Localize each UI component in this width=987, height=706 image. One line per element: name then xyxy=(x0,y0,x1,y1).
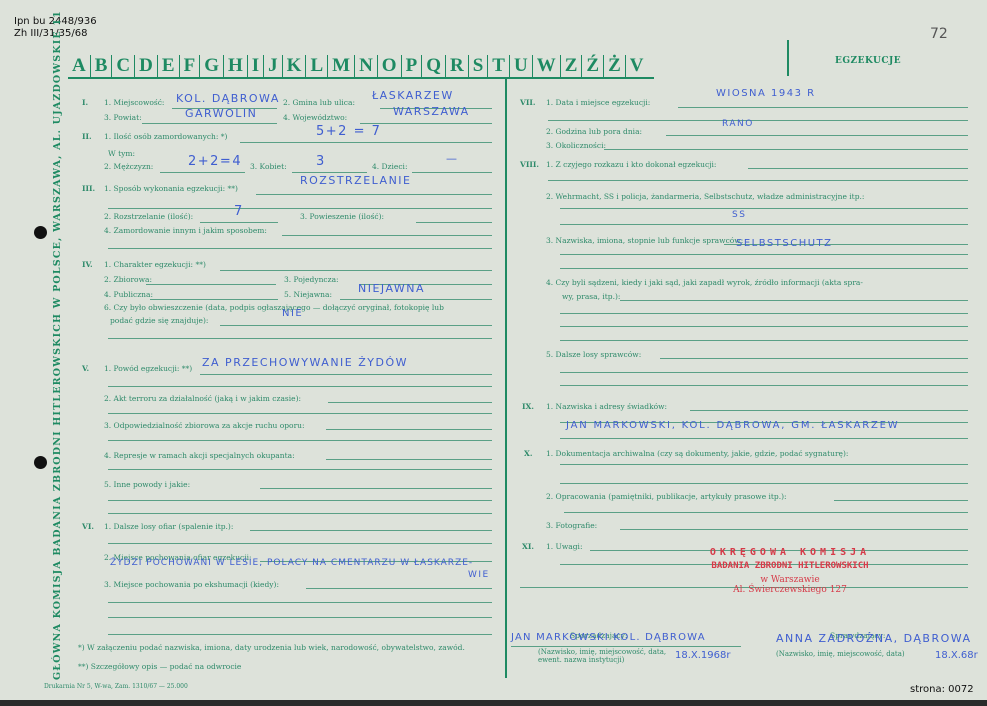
label-wojewodztwo: 4. Województwo: xyxy=(283,113,347,122)
section-I-row1: I.1. Miejscowość: xyxy=(82,98,164,107)
label-kobiet: 3. Kobiet: xyxy=(250,162,287,171)
alphabet-letter: F xyxy=(180,55,201,77)
section-VIII-row1: VIII.1. Z czyjego rozkazu i kto dokonał … xyxy=(520,160,716,169)
label-obwieszczenia-2: podać gdzie się znajduje): xyxy=(110,316,208,325)
field-kobiet: 3 xyxy=(316,154,326,169)
section-VI-row1: VI.1. Dalsze losy ofiar (spalenie itp.): xyxy=(82,522,233,531)
alphabet-letter: C xyxy=(112,55,135,77)
section-V-row1: V.1. Powód egzekucji: **) xyxy=(82,364,192,373)
alphabet-letter: O xyxy=(378,55,402,77)
commission-stamp: OKRĘGOWA KOMISJA BADANIA ZBRODNI HITLERO… xyxy=(690,547,890,595)
alphabet-letter: A xyxy=(68,55,91,77)
stamp-line: Al. Świerczewskiego 127 xyxy=(690,585,890,595)
label-niejawna: 5. Niejawna: xyxy=(284,290,332,299)
label-opracowania: 2. Opracowania (pamiętniki, publikacje, … xyxy=(546,492,787,501)
alphabet-letter: E xyxy=(158,55,180,77)
form-type-label: EGZEKUCJE xyxy=(835,56,901,66)
field-sporzadzajacy: JAN MARKOWSKI KOL. DĄBROWA xyxy=(511,632,706,643)
field-swiadkowie: JAN MARKOWSKI, KOL. DĄBROWA, GM. ŁASKARZ… xyxy=(566,420,899,431)
section-X-row1: X.1. Dokumentacja archiwalna (czy są dok… xyxy=(524,449,848,458)
field-wojewodztwo: WARSZAWA xyxy=(393,105,470,118)
field-data: WIOSNA 1943 R xyxy=(716,88,816,99)
alphabet-letter: V xyxy=(626,55,654,77)
field-miejsce-pochowania: ŻYDZI POCHOWANI W LESIE, POLACY NA CMENT… xyxy=(110,558,473,568)
printer-imprint: Drukarnia Nr 5, W-wa, Zam. 1310/67 — 25.… xyxy=(44,683,188,690)
section-IV-row1: IV.1. Charakter egzekucji: **) xyxy=(82,260,206,269)
alphabet-letter: J xyxy=(264,55,283,77)
section-XI-row1: XI.1. Uwagi: xyxy=(522,542,582,551)
label-inne: 5. Inne powody i jakie: xyxy=(104,480,190,489)
field-miejsce-pochowania-cont: WIE xyxy=(468,570,490,580)
alphabet-letter: M xyxy=(328,55,355,77)
label-akt: 2. Akt terroru za działalność (jaką i w … xyxy=(104,394,301,403)
section-III-row1: III.1. Sposób wykonania egzekucji: **) xyxy=(82,184,238,193)
label-ekshumacja: 3. Miejsce pochowania po ekshumacji (kie… xyxy=(104,580,279,589)
alphabet-letter: G xyxy=(200,55,224,77)
alphabet-letter: P xyxy=(402,55,423,77)
field-mezczyzn: 2+2=4 xyxy=(188,154,242,169)
field-gmina: ŁASKARZEW xyxy=(372,89,454,102)
alphabet-letter: B xyxy=(91,55,113,77)
alphabet-letter: R xyxy=(446,55,469,77)
column-divider xyxy=(505,78,507,678)
label-dzieci: 4. Dzieci: xyxy=(372,162,407,171)
field-formacja: SS xyxy=(732,210,746,220)
label-odpowiedzialnosc: 3. Odpowiedzialność zbiorowa za akcje ru… xyxy=(104,421,305,430)
field-powod: ZA PRZECHOWYWANIE ŻYDÓW xyxy=(202,356,408,369)
caption-sprawdzajacy: (Nazwisko, imię, miejscowość, data) xyxy=(776,650,905,658)
punch-hole-icon xyxy=(34,226,47,239)
section-VII-row1: VII.1. Data i miejsce egzekucji: xyxy=(520,98,650,107)
alphabet-letter: Q xyxy=(422,55,446,77)
label-godzina: 2. Godzina lub pora dnia: xyxy=(546,127,642,136)
label-gmina: 2. Gmina lub ulica: xyxy=(283,98,355,107)
page-number: strona: 0072 xyxy=(910,684,974,695)
alphabet-letter: T xyxy=(488,55,510,77)
alphabet-letter: N xyxy=(355,55,378,77)
section-IX-row1: IX.1. Nazwiska i adresy świadków: xyxy=(522,402,667,411)
stamp-line: w Warszawie xyxy=(690,575,890,585)
field-sprawdzajacy: ANNA ZADROŻNA, DĄBROWA xyxy=(776,632,972,645)
scan-edge xyxy=(0,700,987,706)
label-fotografie: 3. Fotografie: xyxy=(546,521,597,530)
alphabet-letter: U xyxy=(510,55,533,77)
punch-hole-icon xyxy=(34,456,47,469)
label-wtym: W tym: xyxy=(108,149,135,158)
field-niejawna: NIEJAWNA xyxy=(358,282,425,295)
alphabet-letter: Ż xyxy=(604,55,626,77)
alphabet-letter: K xyxy=(283,55,307,77)
label-zamordowanie: 4. Zamordowanie innym i jakim sposobem: xyxy=(104,226,267,235)
footnote-1: *) W załączeniu podać nazwiska, imiona, … xyxy=(78,643,465,652)
field-sporzadzajacy-date: 18.X.1968r xyxy=(675,650,731,661)
alphabet-letter: Ź xyxy=(582,55,604,77)
vertical-institution-header: GŁÓWNA KOMISJA BADANIA ZBRODNI HITLEROWS… xyxy=(52,10,63,680)
alphabet-bar-end-rule xyxy=(787,40,789,76)
field-dzieci: — xyxy=(446,152,459,165)
alphabet-letter: H xyxy=(224,55,248,77)
alphabet-letter: S xyxy=(469,55,489,77)
label-obwieszczenia: 6. Czy było obwieszczenie (data, podpis … xyxy=(104,303,444,312)
label-mezczyzn: 2. Mężczyzn: xyxy=(104,162,153,171)
label-sadzeni-2: wy, prasa, itp.): xyxy=(562,292,620,301)
label-nazwiska: 3. Nazwiska, imiona, stopnie lub funkcje… xyxy=(546,236,743,245)
field-sprawdzajacy-date: 18.X.68r xyxy=(935,650,978,661)
alphabet-letter: Z xyxy=(561,55,583,77)
label-pojedyncza: 3. Pojedyncza: xyxy=(284,275,339,284)
caption-sporzadzajacy: (Nazwisko, imię, miejscowość, data, ewen… xyxy=(538,648,678,664)
label-represje: 4. Represje w ramach akcji specjalnych o… xyxy=(104,451,295,460)
label-zbiorowa: 2. Zbiorowa: xyxy=(104,275,152,284)
field-powiat: GARWOLIN xyxy=(185,107,257,120)
label-powieszenie: 3. Powieszenie (ilość): xyxy=(300,212,384,221)
label-losy-sprawcow: 5. Dalsze losy sprawców: xyxy=(546,350,641,359)
alphabet-letter: I xyxy=(248,55,264,77)
stamp-line: BADANIA ZBRODNI HITLEROWSKICH xyxy=(690,561,890,571)
label-powiat: 3. Powiat: xyxy=(104,113,142,122)
field-rozstrzelanie: 7 xyxy=(234,204,244,219)
stamp-line: OKRĘGOWA KOMISJA xyxy=(690,547,890,558)
field-sposob: ROZSTRZELANIE xyxy=(300,174,412,187)
alphabet-letter: L xyxy=(306,55,328,77)
field-nazwiska: SELBSTSCHUTZ xyxy=(736,238,833,249)
label-formacja: 2. Wehrmacht, SS i policja, żandarmeria,… xyxy=(546,192,864,201)
label-sadzeni: 4. Czy byli sądzeni, kiedy i jaki sąd, j… xyxy=(546,278,863,287)
label-publiczna: 4. Publiczna: xyxy=(104,290,153,299)
pencil-page-mark: 72 xyxy=(930,26,948,42)
label-rozstrzelanie: 2. Rozstrzelanie (ilość): xyxy=(104,212,193,221)
field-godzina: RANO xyxy=(722,119,754,129)
alphabet-letter: W xyxy=(533,55,561,77)
label-okolicznosci: 3. Okoliczności: xyxy=(546,141,606,150)
document-page: Ipn bu 2448/936 Zh III/31/35/68 72 ABCDE… xyxy=(0,0,987,706)
footnote-2: **) Szczegółowy opis — podać na odwrocie xyxy=(78,662,241,671)
alphabet-letter: D xyxy=(135,55,158,77)
field-obwieszczenia: NIE xyxy=(282,308,303,319)
section-II-row1: II.1. Ilość osób zamordowanych: *) xyxy=(82,132,227,141)
field-miejscowosc: KOL. DĄBROWA xyxy=(176,92,280,105)
alphabet-index-bar: ABCDEFGHIJKLMNOPQRSTUWZŹŻV xyxy=(68,53,654,79)
field-ilosc: 5+2 = 7 xyxy=(316,124,381,139)
